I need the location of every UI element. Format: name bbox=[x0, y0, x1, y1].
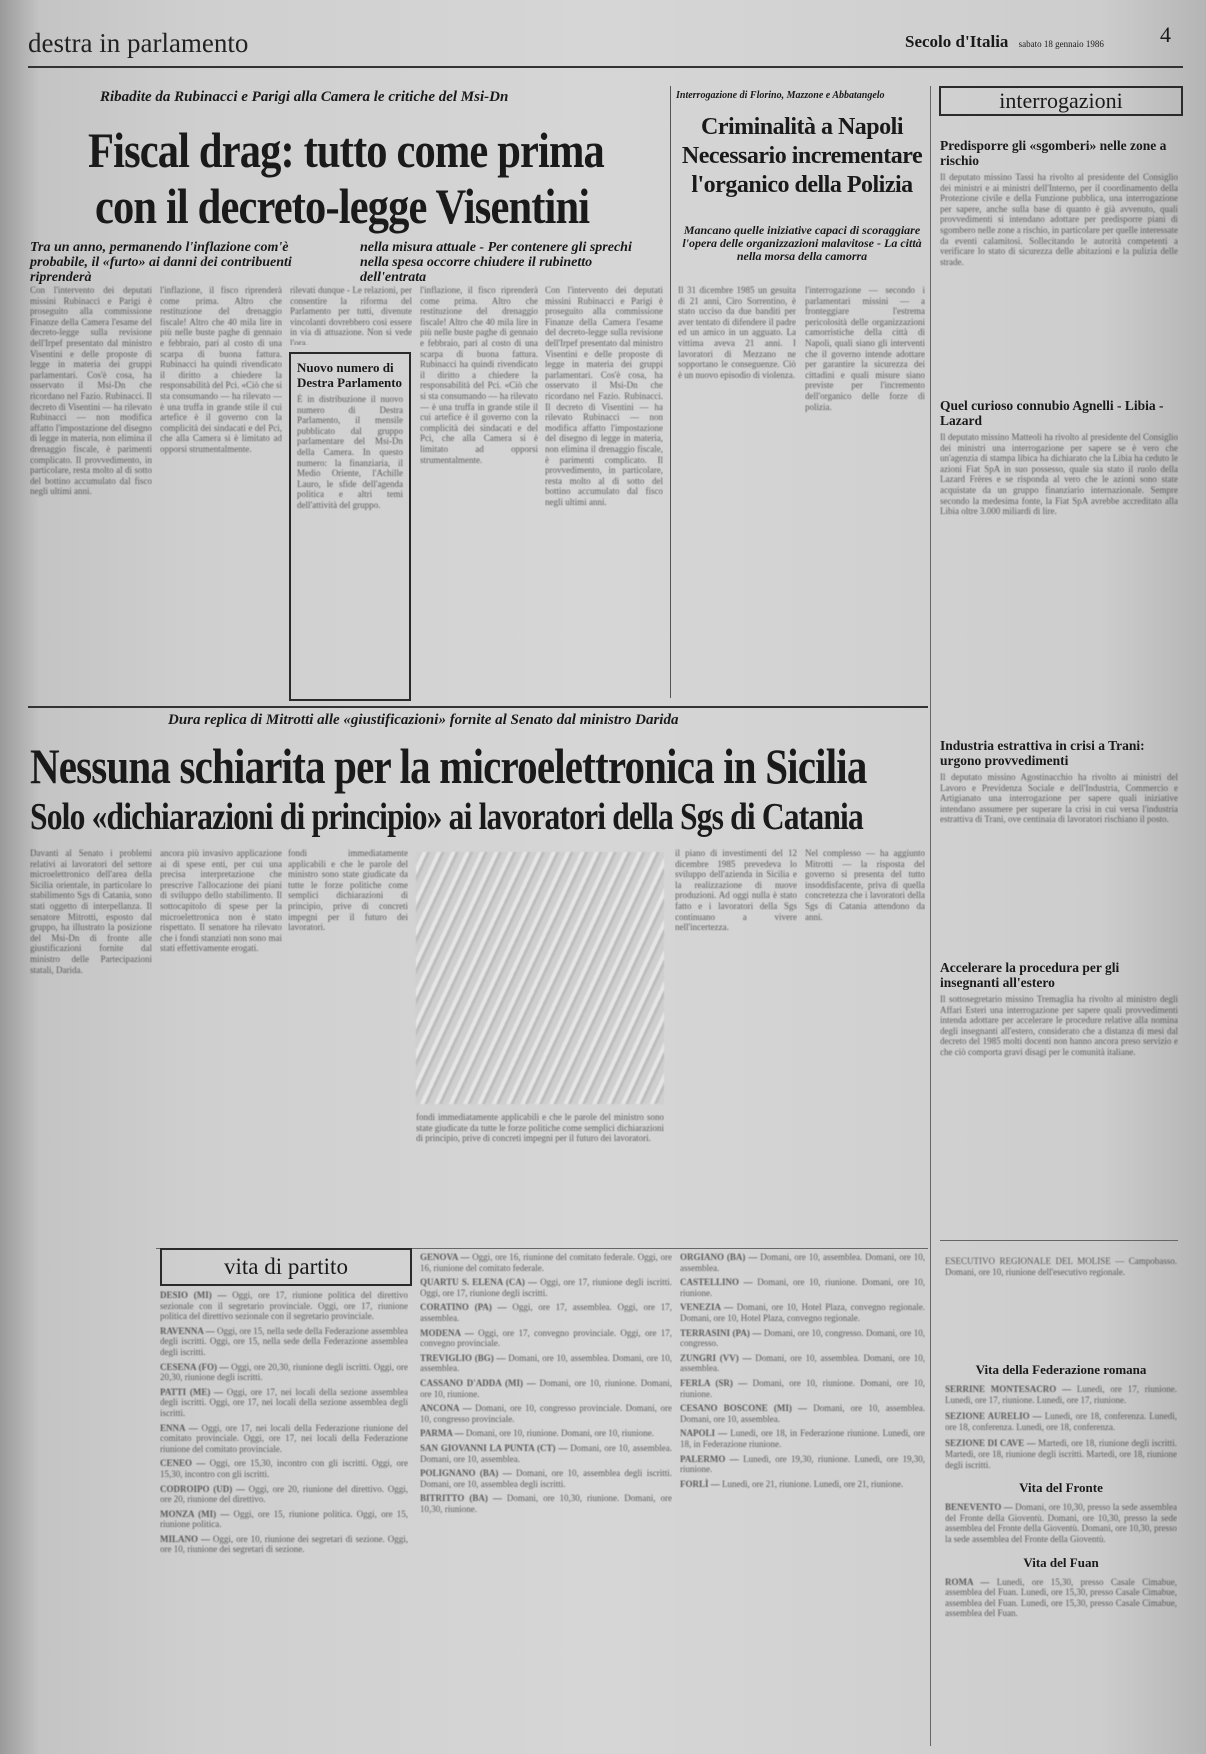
partito-entry-place: ANCONA — bbox=[420, 1403, 475, 1413]
partito-entry: CASSANO D'ADDA (MI) — Domani, ore 10, ri… bbox=[420, 1378, 672, 1399]
issue-date: sabato 18 gennaio 1986 bbox=[1019, 39, 1104, 49]
vita-di-partito-title: vita di partito bbox=[160, 1248, 412, 1286]
right-bottom-entry: SERRINE MONTESACRO — Lunedì, ore 17, riu… bbox=[945, 1384, 1177, 1405]
fiscal-deck-right: nella misura attuale - Per contenere gli… bbox=[360, 240, 660, 285]
sicilia-subheadline: Solo «dichiarazioni di principio» ai lav… bbox=[30, 796, 863, 838]
fiscal-body-col1: Con l'intervento dei deputati missini Ru… bbox=[30, 285, 152, 700]
partito-entry-place: CENEO — bbox=[160, 1458, 210, 1468]
partito-entry: CASTELLINO — Domani, ore 10, riunione. D… bbox=[680, 1277, 925, 1298]
molise-entry: ESECUTIVO REGIONALE DEL MOLISE — Campoba… bbox=[945, 1256, 1177, 1326]
partito-entry-place: ENNA — bbox=[160, 1423, 202, 1433]
sicilia-headline: Nessuna schiarita per la microelettronic… bbox=[30, 740, 867, 792]
fiscal-headline-1: Fiscal drag: tutto come prima bbox=[88, 124, 604, 176]
newspaper-name: Secolo d'Italia bbox=[905, 32, 1008, 51]
fiscal-headline-2: con il decreto-legge Visentini bbox=[95, 180, 589, 232]
partito-entries-col2: GENOVA — Oggi, ore 16, riunione del comi… bbox=[420, 1252, 672, 1747]
sgomberi-body: Il deputato missino Tassi ha rivolto al … bbox=[940, 172, 1178, 390]
napoli-kicker: Interrogazione di Florino, Mazzone e Abb… bbox=[676, 90, 885, 101]
partito-entry: BITRITTO (BA) — Domani, ore 10,30, riuni… bbox=[420, 1493, 672, 1514]
partito-entry: QUARTU S. ELENA (CA) — Oggi, ore 17, riu… bbox=[420, 1277, 672, 1298]
partito-entry-place: MODENA — bbox=[420, 1328, 478, 1338]
nuovo-numero-title: Nuovo numero di Destra Parlamento bbox=[291, 354, 409, 392]
partito-entry: DESIO (MI) — Oggi, ore 17, riunione poli… bbox=[160, 1290, 408, 1322]
fiscal-body-col4: l'inflazione, il fisco riprenderà come p… bbox=[420, 285, 538, 700]
partito-entry: NAPOLI — Lunedì, ore 18, in Federazione … bbox=[680, 1428, 925, 1449]
right-bottom-sections: Vita della Federazione romanaSERRINE MON… bbox=[945, 1352, 1177, 1625]
right-bottom-section-title: Vita della Federazione romana bbox=[945, 1362, 1177, 1378]
right-bottom-entry: SEZIONE AURELIO — Lunedì, ore 18, confer… bbox=[945, 1411, 1177, 1432]
sicilia-body-col5: Nel complesso — ha aggiunto Mitrotti — l… bbox=[805, 848, 925, 1248]
partito-entry: TREVIGLIO (BG) — Domani, ore 10, assembl… bbox=[420, 1353, 672, 1374]
sicilia-photo-text: fondi immediatamente applicabili e che l… bbox=[416, 1112, 664, 1252]
partito-entry: RAVENNA — Oggi, ore 15, nella sede della… bbox=[160, 1326, 408, 1358]
partito-entry: POLIGNANO (BA) — Domani, ore 10, assembl… bbox=[420, 1468, 672, 1489]
partito-entry: SAN GIOVANNI LA PUNTA (CT) — Domani, ore… bbox=[420, 1443, 672, 1464]
partito-entry-place: DESIO (MI) — bbox=[160, 1290, 232, 1300]
insegnanti-body: Il sottosegretario missino Tremaglia ha … bbox=[940, 994, 1178, 1204]
factory-photo bbox=[416, 852, 664, 1104]
partito-entry-place: CASSANO D'ADDA (MI) — bbox=[420, 1378, 540, 1388]
partito-entry-place: MILANO — bbox=[160, 1534, 213, 1544]
page-number: 4 bbox=[1160, 22, 1171, 48]
sicilia-body-col4: il piano di investimenti del 12 dicembre… bbox=[675, 848, 797, 1248]
partito-entry-place: PARMA — bbox=[420, 1428, 466, 1438]
partito-entry-text: Domani, ore 10, riunione. Domani, ore 10… bbox=[466, 1428, 654, 1438]
partito-entry: VENEZIA — Domani, ore 10, Hotel Plaza, c… bbox=[680, 1302, 925, 1323]
partito-entry: PALERMO — Lunedì, ore 19,30, riunione. L… bbox=[680, 1454, 925, 1475]
partito-entry-text: Lunedì, ore 21, riunione. Lunedì, ore 21… bbox=[722, 1479, 903, 1489]
partito-entry: CENEO — Oggi, ore 15,30, incontro con gl… bbox=[160, 1458, 408, 1479]
partito-entry-place: MONZA (MI) — bbox=[160, 1509, 234, 1519]
partito-entry: ANCONA — Domani, ore 10, congresso provi… bbox=[420, 1403, 672, 1424]
napoli-deck: Mancano quelle iniziative capaci di scor… bbox=[678, 224, 926, 263]
sgomberi-title: Predisporre gli «sgomberi» nelle zone a … bbox=[940, 138, 1178, 168]
partito-entry-place: ZUNGRI (VV) — bbox=[680, 1353, 755, 1363]
partito-entry-place: FORLÌ — bbox=[680, 1479, 722, 1489]
partito-entry-place: PATTI (ME) — bbox=[160, 1387, 227, 1397]
section-title: destra in parlamento bbox=[28, 28, 248, 59]
partito-entry-place: SAN GIOVANNI LA PUNTA (CT) — bbox=[420, 1443, 570, 1453]
masthead: Secolo d'Italia sabato 18 gennaio 1986 bbox=[905, 32, 1104, 52]
partito-entry: MONZA (MI) — Oggi, ore 15, riunione poli… bbox=[160, 1509, 408, 1530]
napoli-body-col1: Il 31 dicembre 1985 un gesuita di 21 ann… bbox=[678, 285, 796, 697]
fiscal-body-col5: Con l'intervento dei deputati missini Ru… bbox=[545, 285, 663, 700]
partito-entries-col3: ORGIANO (BA) — Domani, ore 10, assemblea… bbox=[680, 1252, 925, 1747]
partito-entry: FORLÌ — Lunedì, ore 21, riunione. Lunedì… bbox=[680, 1479, 925, 1490]
fiscal-body-col3: rilevati dunque - Le relazioni, per cons… bbox=[290, 285, 412, 345]
partito-entry: ORGIANO (BA) — Domani, ore 10, assemblea… bbox=[680, 1252, 925, 1273]
partito-entry: PATTI (ME) — Oggi, ore 17, nei locali de… bbox=[160, 1387, 408, 1419]
trani-title: Industria estrattiva in crisi a Trani: u… bbox=[940, 738, 1178, 768]
napoli-headline: Criminalità a Napoli Necessario incremen… bbox=[676, 113, 928, 200]
sicilia-kicker: Dura replica di Mitrotti alle «giustific… bbox=[168, 712, 678, 729]
column-divider bbox=[670, 86, 671, 698]
right-bottom-entry: ROMA — Lunedì, ore 15,30, presso Casale … bbox=[945, 1577, 1177, 1619]
interrogazioni-box-title: interrogazioni bbox=[939, 86, 1183, 116]
partito-entry: TERRASINI (PA) — Domani, ore 10, congres… bbox=[680, 1328, 925, 1349]
partito-entry-place: PALERMO — bbox=[680, 1454, 743, 1464]
partito-entry-place: VENEZIA — bbox=[680, 1302, 737, 1312]
partito-entry-place: GENOVA — bbox=[420, 1252, 472, 1262]
header-rule bbox=[28, 66, 1183, 68]
partito-entry: PARMA — Domani, ore 10, riunione. Domani… bbox=[420, 1428, 672, 1439]
partito-entry-place: CORATINO (PA) — bbox=[420, 1302, 512, 1312]
insegnanti-title: Accelerare la procedura per gli insegnan… bbox=[940, 960, 1178, 990]
partito-entry-place: BITRITTO (BA) — bbox=[420, 1493, 507, 1503]
partito-entry-place: FERLA (SR) — bbox=[680, 1378, 753, 1388]
partito-entry: CESENA (FO) — Oggi, ore 20,30, riunione … bbox=[160, 1362, 408, 1383]
partito-entries-col1: DESIO (MI) — Oggi, ore 17, riunione poli… bbox=[160, 1290, 408, 1745]
sidebar-item-trani: Industria estrattiva in crisi a Trani: u… bbox=[940, 738, 1178, 912]
sicilia-body-col2: ancora più invasivo applicazione ai di s… bbox=[160, 848, 282, 1248]
partito-entry-place: POLIGNANO (BA) — bbox=[420, 1468, 516, 1478]
partito-entry-place: NAPOLI — bbox=[680, 1428, 730, 1438]
sidebar-item-agnelli: Quel curioso connubio Agnelli - Libia - … bbox=[940, 398, 1178, 702]
partito-entry-place: CODROIPO (UD) — bbox=[160, 1484, 249, 1494]
right-bottom-entry: SEZIONE DI CAVE — Martedì, ore 18, riuni… bbox=[945, 1438, 1177, 1470]
right-bottom-rule bbox=[940, 1240, 1178, 1241]
right-bottom-section-title: Vita del Fuan bbox=[945, 1555, 1177, 1571]
section-rule bbox=[28, 706, 928, 708]
agnelli-body: Il deputato missino Matteoli ha rivolto … bbox=[940, 432, 1178, 702]
partito-entry: ENNA — Oggi, ore 17, nei locali della Fe… bbox=[160, 1423, 408, 1455]
partito-entry-place: TREVIGLIO (BG) — bbox=[420, 1353, 508, 1363]
partito-entry: ZUNGRI (VV) — Domani, ore 10, assemblea.… bbox=[680, 1353, 925, 1374]
sidebar-item-insegnanti: Accelerare la procedura per gli insegnan… bbox=[940, 960, 1178, 1204]
partito-entry: CESANO BOSCONE (MI) — Domani, ore 10, as… bbox=[680, 1403, 925, 1424]
partito-entry: MILANO — Oggi, ore 10, riunione dei segr… bbox=[160, 1534, 408, 1555]
nuovo-numero-box: Nuovo numero di Destra Parlamento È in d… bbox=[289, 352, 411, 701]
partito-entry: CORATINO (PA) — Oggi, ore 17, assemblea.… bbox=[420, 1302, 672, 1323]
partito-entry: FERLA (SR) — Domani, ore 10, riunione. D… bbox=[680, 1378, 925, 1399]
partito-entry-place: CESANO BOSCONE (MI) — bbox=[680, 1403, 813, 1413]
napoli-body-col2: l'interrogazione — secondo i parlamentar… bbox=[805, 285, 925, 697]
right-bottom-entry: BENEVENTO — Domani, ore 10,30, presso la… bbox=[945, 1502, 1177, 1544]
trani-body: Il deputato missino Agostinacchio ha riv… bbox=[940, 772, 1178, 912]
partito-entry-place: TERRASINI (PA) — bbox=[680, 1328, 764, 1338]
sicilia-body-col1: Davanti al Senato i problemi relativi ai… bbox=[30, 848, 152, 1738]
partito-entry: GENOVA — Oggi, ore 16, riunione del comi… bbox=[420, 1252, 672, 1273]
partito-entry-place: ORGIANO (BA) — bbox=[680, 1252, 760, 1262]
partito-entry-place: CASTELLINO — bbox=[680, 1277, 757, 1287]
nuovo-numero-body: È in distribuzione il nuovo numero di De… bbox=[291, 392, 409, 656]
partito-entry: CODROIPO (UD) — Oggi, ore 20, riunione d… bbox=[160, 1484, 408, 1505]
fiscal-kicker: Ribadite da Rubinacci e Parigi alla Came… bbox=[100, 89, 508, 106]
agnelli-title: Quel curioso connubio Agnelli - Libia - … bbox=[940, 398, 1178, 428]
sicilia-body-col3: fondi immediatamente applicabili e che l… bbox=[288, 848, 408, 1248]
fiscal-body-col2: l'inflazione, il fisco riprenderà come p… bbox=[160, 285, 282, 700]
partito-entry-place: RAVENNA — bbox=[160, 1326, 217, 1336]
newspaper-page: destra in parlamento Secolo d'Italia sab… bbox=[0, 0, 1206, 1754]
partito-entry: MODENA — Oggi, ore 17, convegno provinci… bbox=[420, 1328, 672, 1349]
sidebar-item-sgomberi: Predisporre gli «sgomberi» nelle zone a … bbox=[940, 138, 1178, 390]
partito-entry-place: CESENA (FO) — bbox=[160, 1362, 231, 1372]
fiscal-deck-left: Tra un anno, permanendo l'inflazione com… bbox=[30, 240, 340, 285]
right-bottom-section-title: Vita del Fronte bbox=[945, 1480, 1177, 1496]
sidebar-divider bbox=[930, 86, 931, 1746]
partito-entry-place: QUARTU S. ELENA (CA) — bbox=[420, 1277, 540, 1287]
